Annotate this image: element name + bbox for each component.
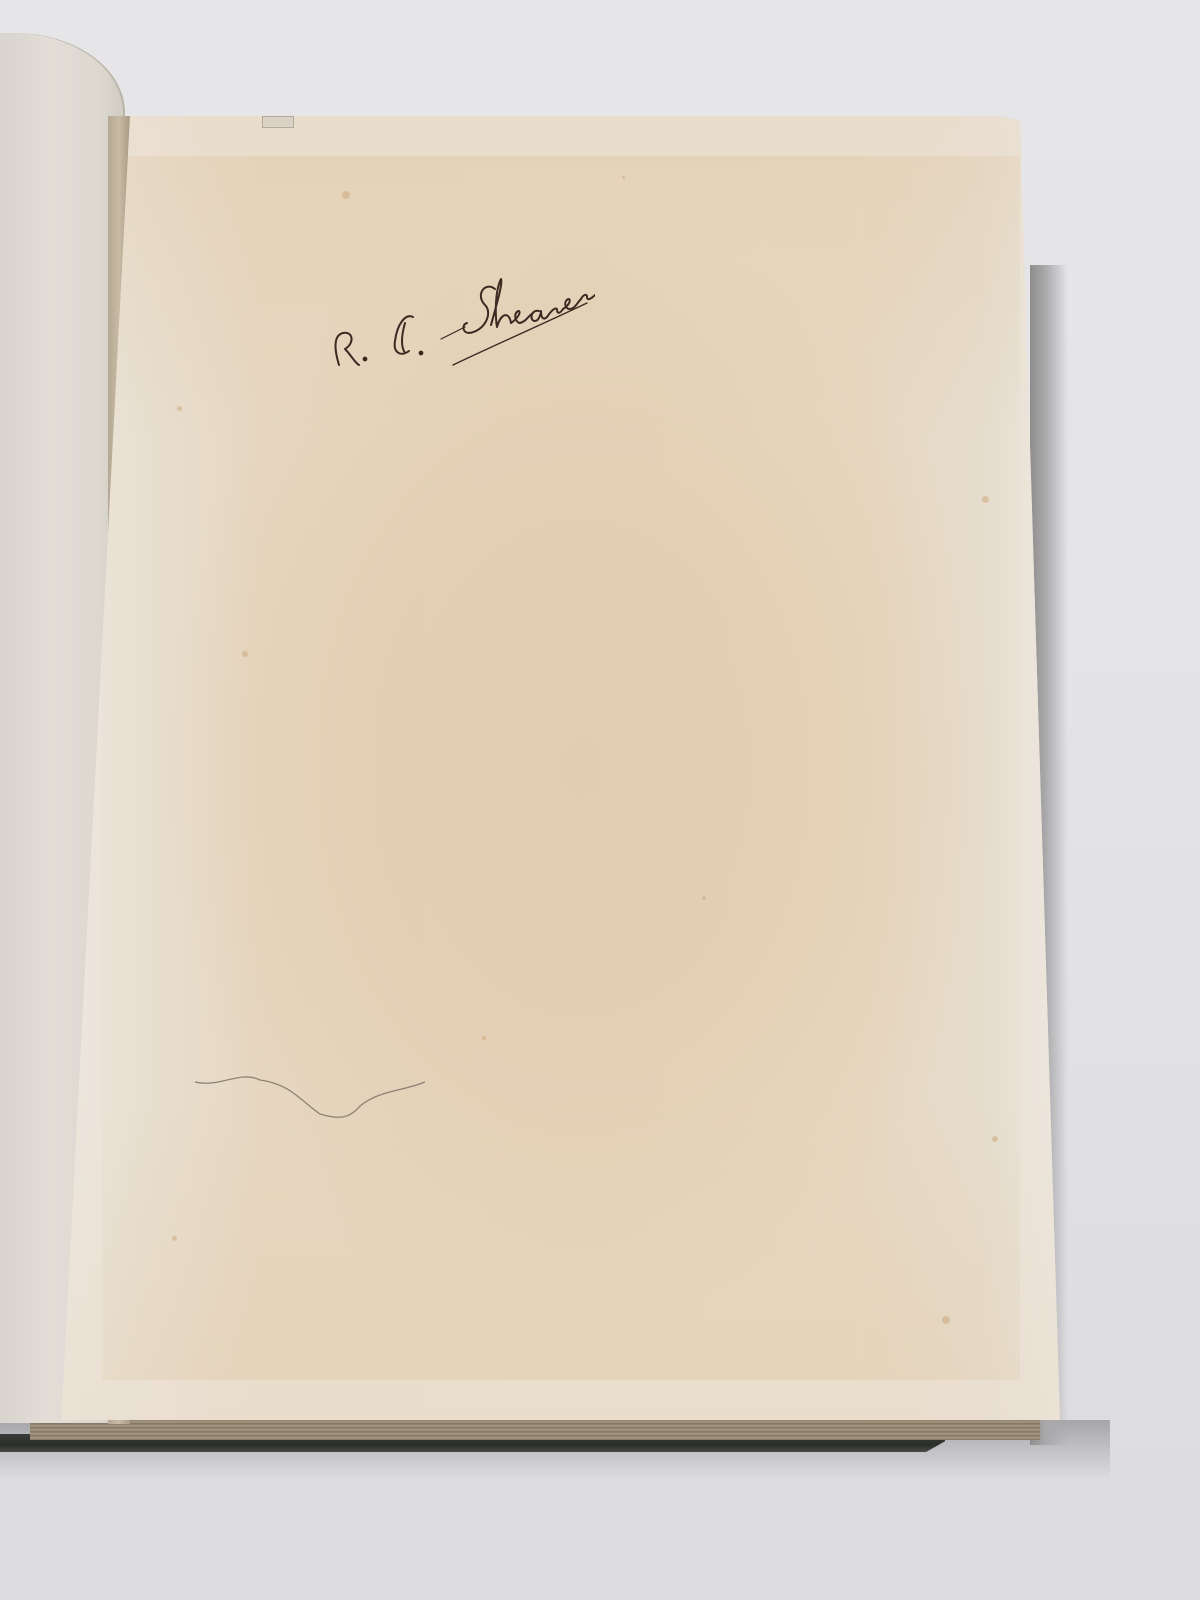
signature-text: R. C. Shearer bbox=[325, 265, 412, 269]
page-block-edges bbox=[30, 1420, 1040, 1440]
torn-tab bbox=[262, 116, 294, 128]
stray-hair bbox=[190, 1060, 430, 1130]
handwritten-signature: R. C. Shearer bbox=[325, 265, 595, 375]
photo-scene: R. C. Shearer bbox=[0, 0, 1200, 1600]
